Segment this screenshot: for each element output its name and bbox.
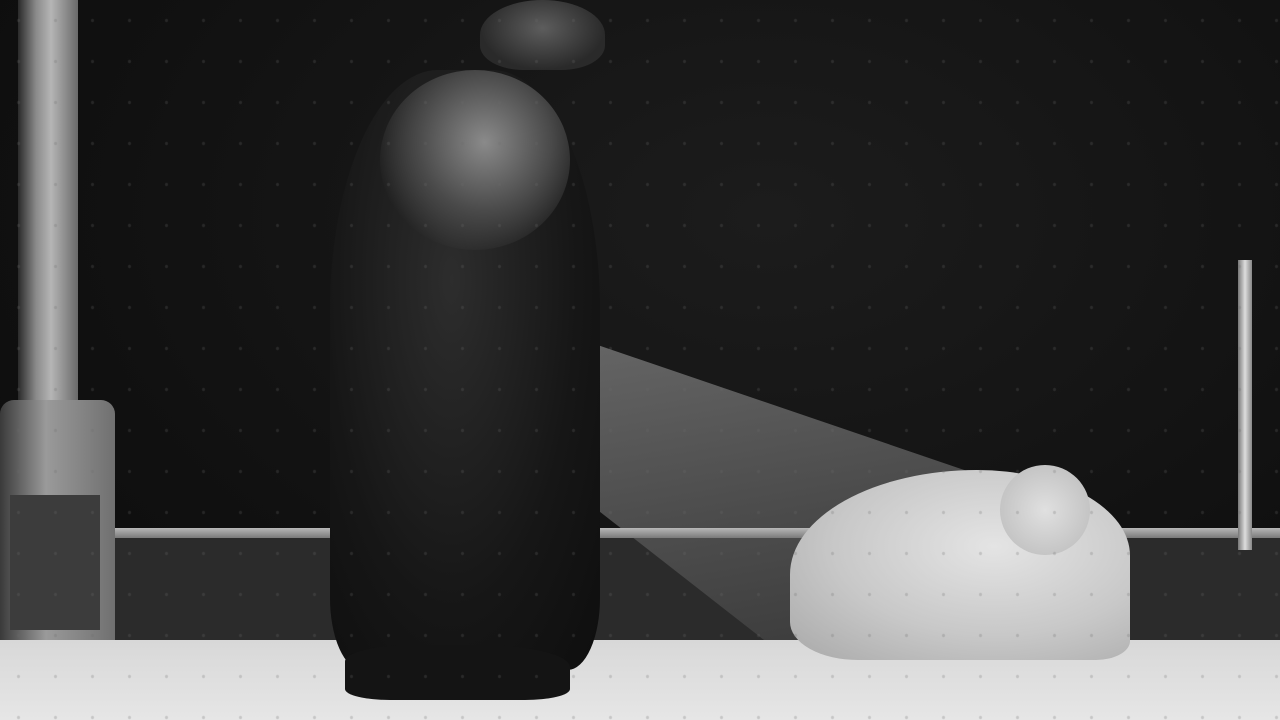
film-still-scene — [0, 0, 1280, 720]
film-grain — [0, 0, 1280, 720]
